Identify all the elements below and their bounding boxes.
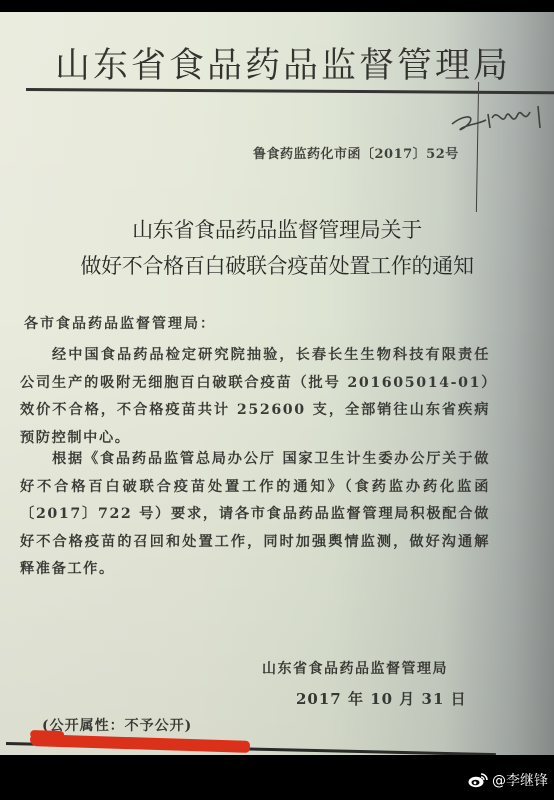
issuer-signature: 山东省食品药品监督管理局 <box>262 658 448 678</box>
document-number: 鲁食药监药化市函〔2017〕52号 <box>253 143 459 162</box>
document-photo: 山东省食品药品监督管理局 鲁食药监药化市函〔2017〕52号 山东省食品药品监督… <box>0 12 554 755</box>
handwritten-signature-icon <box>448 102 554 142</box>
watermark-handle: @李继锋 <box>492 770 548 790</box>
weibo-icon <box>468 772 488 788</box>
letterhead-rule <box>26 88 554 94</box>
title-line-2: 做好不合格百白破联合疫苗处置工作的通知 <box>0 248 554 284</box>
weibo-watermark: @李继锋 <box>468 770 548 790</box>
document-title: 山东省食品药品监督管理局关于 做好不合格百白破联合疫苗处置工作的通知 <box>0 212 554 284</box>
red-underline-annotation <box>30 734 250 753</box>
letterhead: 山东省食品药品监督管理局 <box>55 38 535 88</box>
body-paragraph-1: 经中国食品药品检定研究院抽验，长春长生生物科技有限责任公司生产的吸附无细胞百白破… <box>20 342 490 452</box>
title-line-1: 山东省食品药品监督管理局关于 <box>0 212 554 248</box>
disclosure-attribute: (公开属性：不予公开) <box>42 715 192 735</box>
salutation: 各市食品药品监督管理局： <box>24 313 216 333</box>
issue-date: 2017 年 10 月 31 日 <box>296 688 467 709</box>
body-paragraph-2: 根据《食品药品监管总局办公厅 国家卫生计生委办公厅关于做好不合格百白破联合疫苗处… <box>20 446 490 584</box>
